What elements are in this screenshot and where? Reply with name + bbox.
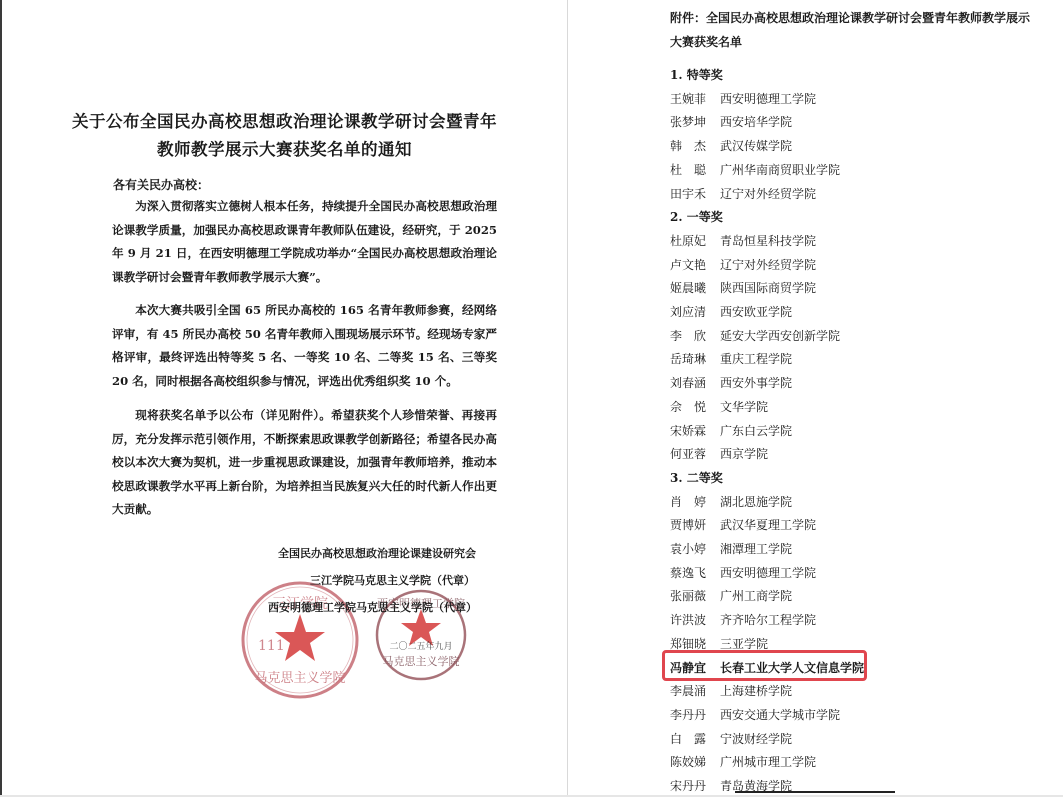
winner-school: 广州华南商贸职业学院 <box>720 161 840 178</box>
official-seal-sanjiang: 三江学院 111 马克思主义学院 <box>238 578 362 702</box>
winner-name: 佘 悦 <box>670 398 720 415</box>
seal-date-text: 二〇二五年九月 <box>389 640 452 652</box>
winner-name: 姬晨曦 <box>670 279 720 296</box>
winner-name: 陈姣娣 <box>670 753 720 770</box>
winner-school: 武汉传媒学院 <box>720 137 792 154</box>
winner-row: 宋娇霖广东白云学院 <box>670 422 792 439</box>
winner-name: 刘应清 <box>670 303 720 320</box>
winner-school: 辽宁对外经贸学院 <box>720 185 816 202</box>
winner-name: 卢文艳 <box>670 256 720 273</box>
winner-row: 韩 杰武汉传媒学院 <box>670 137 792 154</box>
winner-row: 杜 聪广州华南商贸职业学院 <box>670 161 840 178</box>
winner-row: 张梦坤西安培华学院 <box>670 113 792 130</box>
winner-school: 陕西国际商贸学院 <box>720 279 816 296</box>
winner-row: 田宇禾辽宁对外经贸学院 <box>670 185 816 202</box>
winner-row: 岳琦琳重庆工程学院 <box>670 350 792 367</box>
signature-xian-mingde: 西安明德理工学院马克思主义学院（代章） <box>268 599 477 615</box>
notice-paragraph-1: 为深入贯彻落实立德树人根本任务，持续提升全国民办高校思想政治理论课教学质量，加强… <box>112 195 497 289</box>
award-section-heading: 3. 二等奖 <box>670 469 723 486</box>
winner-name: 肖 婷 <box>670 493 720 510</box>
winner-row: 贾博妍武汉华夏理工学院 <box>670 516 816 533</box>
winner-school: 上海建桥学院 <box>720 682 792 699</box>
notice-title-line-1: 关于公布全国民办高校思想政治理论课教学研讨会暨青年 <box>2 108 567 132</box>
highlighted-winner-box <box>662 650 867 681</box>
winner-name: 贾博妍 <box>670 516 720 533</box>
annex-title-line-2: 大赛获奖名单 <box>670 30 1030 55</box>
award-section-heading: 1. 特等奖 <box>670 66 723 83</box>
winner-row: 蔡逸飞西安明德理工学院 <box>670 564 816 581</box>
winner-row: 姬晨曦陕西国际商贸学院 <box>670 279 816 296</box>
winner-name: 岳琦琳 <box>670 350 720 367</box>
winner-name: 宋丹丹 <box>670 777 720 794</box>
winner-name: 刘春涵 <box>670 374 720 391</box>
notice-title-line-2: 教师教学展示大赛获奖名单的通知 <box>2 136 567 160</box>
winner-row: 肖 婷湖北恩施学院 <box>670 493 792 510</box>
notice-salutation: 各有关民办高校： <box>113 176 209 193</box>
winner-school: 西安培华学院 <box>720 113 792 130</box>
winner-name: 王婉菲 <box>670 90 720 107</box>
seal-bottom-text: 马克思主义学院 <box>383 654 460 668</box>
seal-bottom-text: 马克思主义学院 <box>254 670 345 686</box>
winner-school: 辽宁对外经贸学院 <box>720 256 816 273</box>
signature-research-association: 全国民办高校思想政治理论课建设研究会 <box>278 545 476 561</box>
winner-row: 白 露宁波财经学院 <box>670 730 792 747</box>
winner-row: 杜原妃青岛恒星科技学院 <box>670 232 816 249</box>
winner-row: 李 欣延安大学西安创新学院 <box>670 327 840 344</box>
winner-school: 宁波财经学院 <box>720 730 792 747</box>
underline-mark <box>735 791 895 793</box>
winner-name: 宋娇霖 <box>670 422 720 439</box>
signature-sanjiang: 三江学院马克思主义学院（代章） <box>310 572 475 588</box>
winner-school: 广州城市理工学院 <box>720 753 816 770</box>
winner-name: 许洪波 <box>670 611 720 628</box>
annex-title-line-1: 附件：全国民办高校思想政治理论课教学研讨会暨青年教师教学展示 <box>670 6 1030 31</box>
seal-side-text: 111 <box>258 638 285 654</box>
winner-school: 西安外事学院 <box>720 374 792 391</box>
winner-row: 刘应清西安欧亚学院 <box>670 303 792 320</box>
winner-school: 西安交通大学城市学院 <box>720 706 840 723</box>
winner-school: 西安明德理工学院 <box>720 90 816 107</box>
winner-row: 张丽薇广州工商学院 <box>670 587 792 604</box>
winner-row: 袁小婷湘潭理工学院 <box>670 540 792 557</box>
winner-school: 西京学院 <box>720 445 768 462</box>
winner-name: 何亚蓉 <box>670 445 720 462</box>
winner-school: 武汉华夏理工学院 <box>720 516 816 533</box>
winner-name: 张梦坤 <box>670 113 720 130</box>
winner-row: 陈姣娣广州城市理工学院 <box>670 753 816 770</box>
winner-name: 田宇禾 <box>670 185 720 202</box>
winner-row: 佘 悦文华学院 <box>670 398 768 415</box>
winner-name: 杜 聪 <box>670 161 720 178</box>
winner-name: 李晨涌 <box>670 682 720 699</box>
winner-row: 刘春涵西安外事学院 <box>670 374 792 391</box>
winner-row: 卢文艳辽宁对外经贸学院 <box>670 256 816 273</box>
winner-name: 袁小婷 <box>670 540 720 557</box>
winner-name: 韩 杰 <box>670 137 720 154</box>
winner-row: 何亚蓉西京学院 <box>670 445 768 462</box>
winner-row: 王婉菲西安明德理工学院 <box>670 90 816 107</box>
winner-school: 文华学院 <box>720 398 768 415</box>
award-section-heading: 2. 一等奖 <box>670 208 723 225</box>
winner-name: 张丽薇 <box>670 587 720 604</box>
winner-name: 杜原妃 <box>670 232 720 249</box>
winner-school: 湖北恩施学院 <box>720 493 792 510</box>
winner-name: 李 欣 <box>670 327 720 344</box>
winner-school: 西安欧亚学院 <box>720 303 792 320</box>
winner-row: 李丹丹西安交通大学城市学院 <box>670 706 840 723</box>
winner-school: 青岛恒星科技学院 <box>720 232 816 249</box>
winner-school: 湘潭理工学院 <box>720 540 792 557</box>
winner-school: 重庆工程学院 <box>720 350 792 367</box>
notice-paragraph-3: 现将获奖名单予以公布（详见附件）。希望获奖个人珍惜荣誉、再接再厉，充分发挥示范引… <box>112 404 497 522</box>
winner-name: 白 露 <box>670 730 720 747</box>
winner-school: 齐齐哈尔工程学院 <box>720 611 816 628</box>
winner-school: 西安明德理工学院 <box>720 564 816 581</box>
winner-school: 广州工商学院 <box>720 587 792 604</box>
notice-paragraph-2: 本次大赛共吸引全国 65 所民办高校的 165 名青年教师参赛，经网络评审，有 … <box>112 299 497 393</box>
winner-name: 李丹丹 <box>670 706 720 723</box>
winner-school: 广东白云学院 <box>720 422 792 439</box>
winner-row: 许洪波齐齐哈尔工程学院 <box>670 611 816 628</box>
winner-name: 蔡逸飞 <box>670 564 720 581</box>
winner-row: 李晨涌上海建桥学院 <box>670 682 792 699</box>
winner-school: 延安大学西安创新学院 <box>720 327 840 344</box>
